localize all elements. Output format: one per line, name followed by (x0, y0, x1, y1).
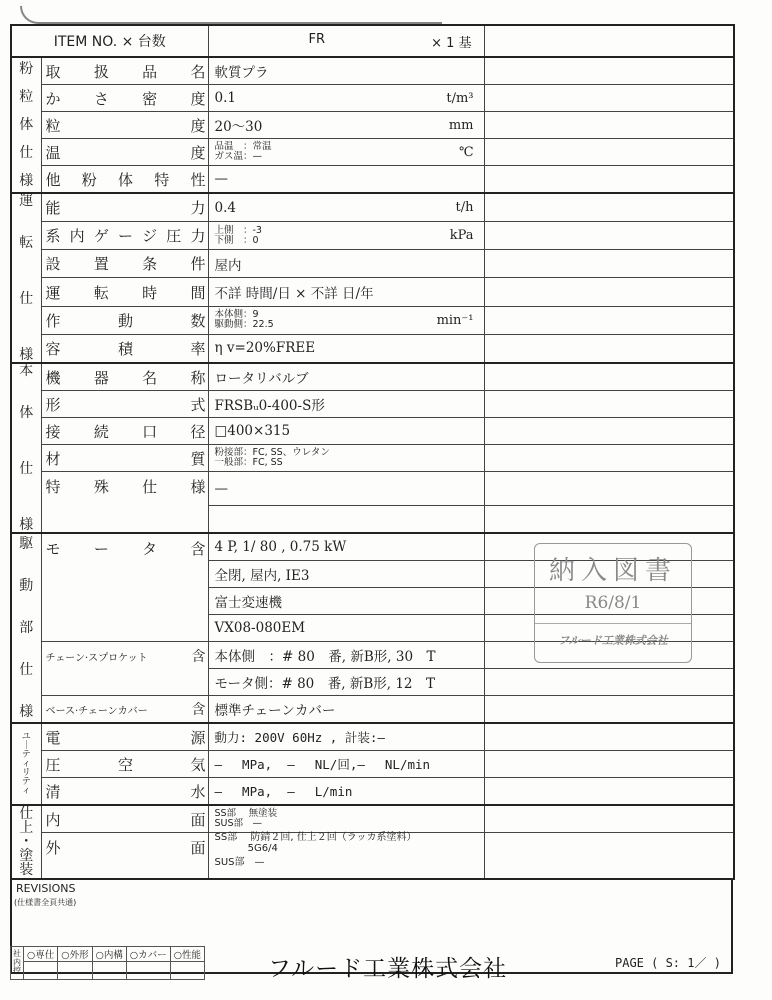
spec-table: ITEM NO. × 台数 FR× 1 基 粉粒体仕様 取扱品名 軟質プラ かさ… (10, 24, 735, 880)
header-blank (484, 25, 734, 57)
row-body-material: 材質 粉接部：FC, SS、ウレタン一般部：FC, SS (11, 445, 734, 472)
blank-cell (484, 506, 734, 534)
control-cell (170, 962, 204, 980)
control-item[interactable]: ○専仕 (24, 947, 58, 962)
value-special: — (208, 472, 484, 506)
label-model: 形式 (41, 391, 208, 418)
item-no-label: ITEM NO. × 台数 (11, 25, 208, 57)
control-cell (24, 962, 58, 980)
label-air: 圧空気 (41, 751, 208, 778)
section-body: 本体仕様 (11, 363, 41, 533)
value-air: — MPa, — NL/回,— NL/min (208, 751, 484, 778)
label-fill-rate: 容積率 (41, 334, 208, 363)
row-particle-size: 粒度 20〜30mm (11, 112, 734, 139)
blank-cell (484, 723, 734, 751)
item-code: FR (309, 32, 326, 51)
blank-cell (484, 418, 734, 445)
row-temperature: 温度 品温 ：常温ガス温：—℃ (11, 139, 734, 166)
value-water: — MPa, — L/min (208, 778, 484, 806)
blank-cell (484, 778, 734, 806)
control-item[interactable]: ○外形 (58, 947, 92, 962)
row-outer-surface: 外面 SS部 防錆２回, 仕上２回（ラッカ系塗料） 5G6/4SUS部 — (11, 833, 734, 879)
label-water: 清水 (41, 778, 208, 806)
section-operation: 運転仕様 (11, 193, 41, 363)
row-pressure: 系内ゲージ圧力 上側 ：-3下側 ：0kPa (11, 222, 734, 250)
row-hours: 運転時間 不詳 時間/日 × 不詳 日/年 (11, 278, 734, 306)
label-other-properties: 他粉体特性 (41, 166, 208, 194)
label-chain-cover: ベース·チェーンカバー含 (41, 696, 208, 724)
label-outer-surface: 外面 (41, 833, 208, 879)
row-install: 設置条件 屋内 (11, 250, 734, 278)
value-other-properties: — (208, 166, 484, 194)
blank-cell (484, 139, 734, 166)
blank-cell (484, 278, 734, 306)
value-install: 屋内 (208, 250, 484, 278)
company-name: フルード工業株式会社 (268, 950, 507, 983)
label-speed: 作動数 (41, 306, 208, 334)
delivery-stamp: 納入図書 R6/8/1 フルード工業株式会社 (534, 543, 692, 663)
blank-cell (484, 472, 734, 506)
header-row: ITEM NO. × 台数 FR× 1 基 (11, 25, 734, 57)
value-capacity: 0.4t/h (208, 193, 484, 222)
page-number: PAGE ( S: 1／ ) (615, 954, 721, 971)
value-port-size: □400×315 (208, 418, 484, 445)
section-powder: 粉粒体仕様 (11, 57, 41, 193)
spec-sheet: ITEM NO. × 台数 FR× 1 基 粉粒体仕様 取扱品名 軟質プラ かさ… (10, 24, 733, 974)
stamp-title: 納入図書 (535, 550, 691, 587)
row-model: 形式 FRSBᵤ0-400-S形 (11, 391, 734, 418)
internal-control-label: 社内控 (11, 947, 24, 980)
revisions-note: (仕様書全頁共通) (14, 897, 76, 908)
label-particle-size: 粒度 (41, 112, 208, 139)
row-special: 特殊仕様 — (11, 472, 734, 506)
label-bulk-density: かさ密度 (41, 85, 208, 112)
row-bulk-density: かさ密度 0.1t/m³ (11, 85, 734, 112)
blank-cell (484, 363, 734, 391)
label-hours: 運転時間 (41, 278, 208, 306)
value-chain-motor: モータ側：# 80 番, 新B形, 12 T (208, 669, 484, 696)
blank-cell (484, 805, 734, 833)
value-temperature: 品温 ：常温ガス温：—℃ (208, 139, 484, 166)
control-item[interactable]: ○カバー (126, 947, 170, 962)
label-body-material: 材質 (41, 445, 208, 472)
label-install: 設置条件 (41, 250, 208, 278)
blank-cell (484, 166, 734, 194)
control-item[interactable]: ○内構 (92, 947, 126, 962)
value-motor-maker: 富士変速機 (208, 588, 484, 615)
blank-cell (484, 669, 734, 696)
value-body-material: 粉接部：FC, SS、ウレタン一般部：FC, SS (208, 445, 484, 472)
row-inner-surface: 仕上・塗装 内面 SS部 無塗装SUS部 — (11, 805, 734, 833)
label-chain: チェーン·スプロケット含 (41, 642, 208, 696)
value-inner-surface: SS部 無塗装SUS部 — (208, 805, 484, 833)
internal-control-table: 社内控 ○専仕 ○外形 ○内構 ○カバー ○性能 (10, 946, 205, 980)
blank-cell (484, 57, 734, 85)
value-material: 軟質プラ (208, 57, 484, 85)
value-motor-enclosure: 全閉, 屋内, IE3 (208, 561, 484, 588)
control-item[interactable]: ○性能 (170, 947, 204, 962)
row-speed: 作動数 本体側：9駆動側：22.5min⁻¹ (11, 306, 734, 334)
label-port-size: 接続口径 (41, 418, 208, 445)
label-material: 取扱品名 (41, 57, 208, 85)
blank-cell (484, 696, 734, 724)
blank-cell (484, 391, 734, 418)
blank-cell (484, 334, 734, 363)
row-chain-cover: ベース·チェーンカバー含 標準チェーンカバー (11, 696, 734, 724)
blank-cell (484, 222, 734, 250)
blank-cell (484, 85, 734, 112)
blank-cell (484, 250, 734, 278)
item-qty: × 1 基 (431, 32, 471, 51)
page-curl (20, 6, 442, 24)
footer: 社内控 ○専仕 ○外形 ○内構 ○カバー ○性能 フルード工業株式会社 PAGE… (10, 946, 770, 986)
value-model: FRSBᵤ0-400-S形 (208, 391, 484, 418)
value-motor-spec: 4 P, 1/ 80 , 0.75 kW (208, 533, 484, 561)
label-power: 電源 (41, 723, 208, 751)
blank-cell (484, 833, 734, 879)
value-chain-cover: 標準チェーンカバー (208, 696, 484, 724)
blank-cell (484, 112, 734, 139)
value-particle-size: 20〜30mm (208, 112, 484, 139)
label-inner-surface: 内面 (41, 805, 208, 833)
value-speed: 本体側：9駆動側：22.5min⁻¹ (208, 306, 484, 334)
blank-cell (484, 445, 734, 472)
section-drive: 駆動部仕様 (11, 533, 41, 723)
value-bulk-density: 0.1t/m³ (208, 85, 484, 112)
row-fill-rate: 容積率 η v=20%FREE (11, 334, 734, 363)
stamp-company: フルード工業株式会社 (535, 623, 691, 648)
row-equipment-name: 本体仕様 機器名称 ロータリバルブ (11, 363, 734, 391)
value-hours: 不詳 時間/日 × 不詳 日/年 (208, 278, 484, 306)
label-capacity: 能力 (41, 193, 208, 222)
blank-cell (484, 751, 734, 778)
blank-cell (484, 306, 734, 334)
row-capacity: 運転仕様 能力 0.4t/h (11, 193, 734, 222)
value-fill-rate: η v=20%FREE (208, 334, 484, 363)
section-finish: 仕上・塗装 (11, 805, 41, 879)
value-chain-body: 本体側 ：# 80 番, 新B形, 30 T (208, 642, 484, 669)
item-no-value: FR× 1 基 (208, 25, 484, 57)
value-pressure: 上側 ：-3下側 ：0kPa (208, 222, 484, 250)
label-equipment-name: 機器名称 (41, 363, 208, 391)
control-cell (58, 962, 92, 980)
blank-cell (484, 193, 734, 222)
row-material: 粉粒体仕様 取扱品名 軟質プラ (11, 57, 734, 85)
value-power: 動力: 200V 60Hz , 計装:— (208, 723, 484, 751)
value-outer-surface: SS部 防錆２回, 仕上２回（ラッカ系塗料） 5G6/4SUS部 — (208, 833, 484, 879)
label-special: 特殊仕様 (41, 472, 208, 534)
row-power: ユ｜ティリティ 電源 動力: 200V 60Hz , 計装:— (11, 723, 734, 751)
value-equipment-name: ロータリバルブ (208, 363, 484, 391)
control-cell (92, 962, 126, 980)
control-cell (126, 962, 170, 980)
label-motor: モータ含 (41, 533, 208, 642)
row-port-size: 接続口径 □400×315 (11, 418, 734, 445)
label-temperature: 温度 (41, 139, 208, 166)
revisions-title: REVISIONS (16, 882, 75, 895)
row-water: 清水 — MPa, — L/min (11, 778, 734, 806)
section-utility: ユ｜ティリティ (11, 723, 41, 805)
blank-cell (208, 506, 484, 534)
label-pressure: 系内ゲージ圧力 (41, 222, 208, 250)
row-air: 圧空気 — MPa, — NL/回,— NL/min (11, 751, 734, 778)
stamp-date: R6/8/1 (535, 593, 691, 613)
value-motor-model: VX08-080EM (208, 615, 484, 642)
row-other-properties: 他粉体特性 — (11, 166, 734, 194)
